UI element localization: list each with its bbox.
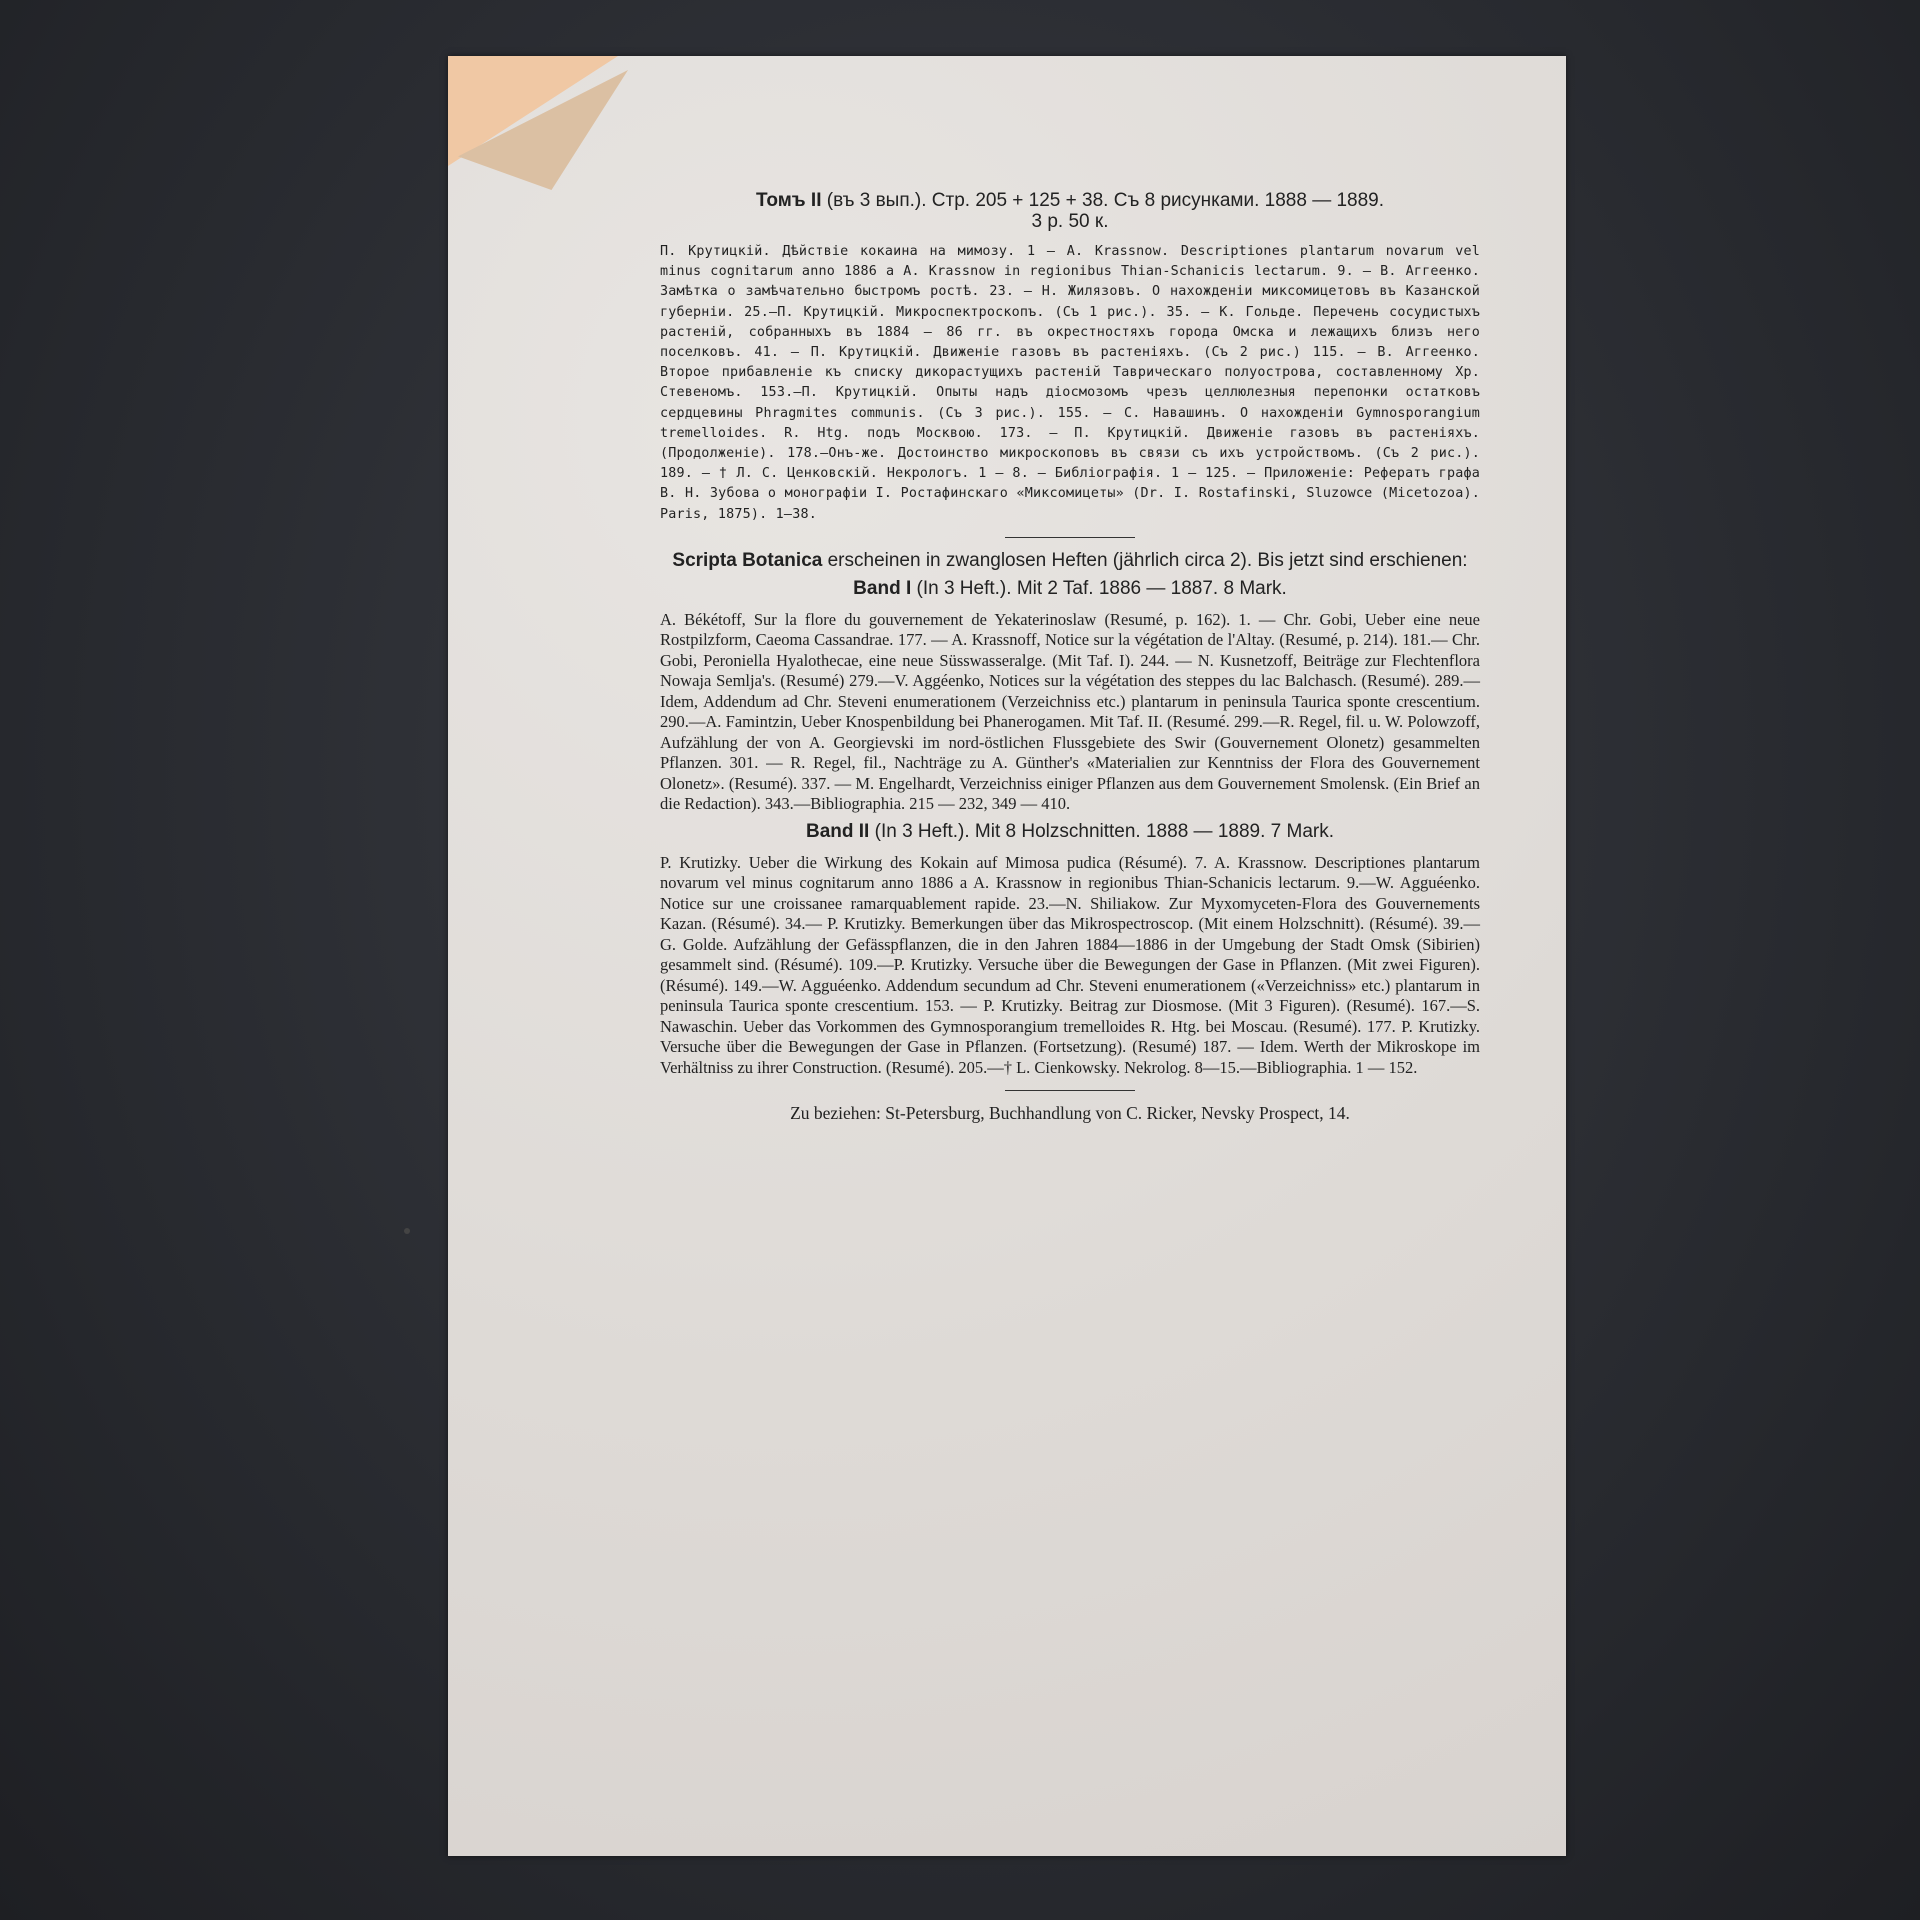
- tom-header: Томъ II (въ 3 вып.). Стр. 205 + 125 + 38…: [660, 190, 1480, 232]
- divider: [1005, 537, 1135, 538]
- tom-title: Томъ II: [756, 190, 822, 211]
- band1-title: Band I: [853, 578, 911, 599]
- band1-details: (In 3 Heft.). Mit 2 Taf. 1886 — 1887. 8 …: [911, 578, 1287, 599]
- paper-mark: [404, 1228, 410, 1234]
- tom-details: (въ 3 вып.). Стр. 205 + 125 + 38. Съ 8 р…: [822, 190, 1385, 211]
- divider: [1005, 1090, 1135, 1091]
- band2-header: Band II (In 3 Heft.). Mit 8 Holzschnitte…: [660, 821, 1480, 843]
- band2-details: (In 3 Heft.). Mit 8 Holzschnitten. 1888 …: [869, 821, 1334, 842]
- band1-header: Band I (In 3 Heft.). Mit 2 Taf. 1886 — 1…: [660, 578, 1480, 600]
- tom-price: 3 р. 50 к.: [1032, 211, 1109, 232]
- tom-contents: П. Крутицкій. Дѣйствіе кокаина на мимозу…: [660, 242, 1480, 525]
- scripta-text: erscheinen in zwanglosen Heften (jährlic…: [822, 550, 1467, 571]
- band2-contents: P. Krutizky. Ueber die Wirkung des Kokai…: [660, 853, 1480, 1079]
- publisher-footer: Zu beziehen: St-Petersburg, Buchhandlung…: [660, 1103, 1480, 1124]
- band1-contents: A. Békétoff, Sur la flore du gouvernemen…: [660, 610, 1480, 815]
- band2-title: Band II: [806, 821, 869, 842]
- page-content: Томъ II (въ 3 вып.). Стр. 205 + 125 + 38…: [660, 190, 1480, 1124]
- scripta-intro: Scripta Botanica erscheinen in zwanglose…: [660, 550, 1480, 572]
- scripta-title: Scripta Botanica: [672, 550, 822, 571]
